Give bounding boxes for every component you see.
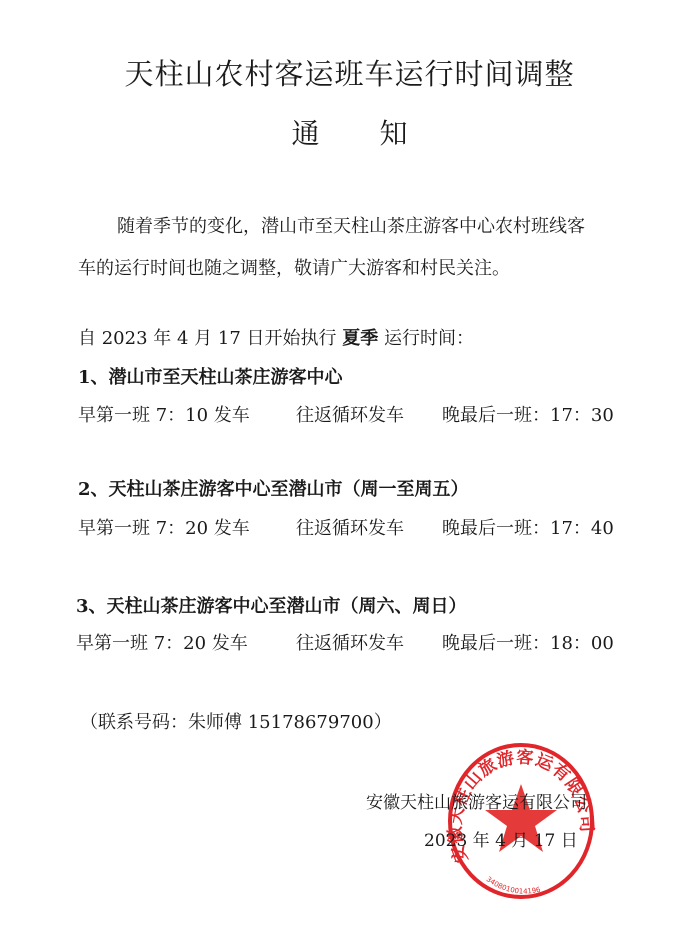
intro-line-1: 随着季节的变化，潜山市至天柱山茶庄游客中心农村班线客 <box>117 212 585 238</box>
route-3-last: 晚最后一班：18：00 <box>442 629 614 655</box>
issue-date: 2023 年 4 月 17 日 <box>424 826 578 851</box>
route-1-mode: 往返循环发车 <box>296 401 404 427</box>
company-seal-stamp: 安徽天柱山旅游客运有限公司 3408010014196 <box>446 742 596 900</box>
document-title: 天柱山农村客运班车运行时间调整 <box>0 52 699 93</box>
route-3-first: 早第一班 7：20 发车 <box>76 629 248 655</box>
effective-suffix: 运行时间： <box>384 328 474 349</box>
route-2-last: 晚最后一班：17：40 <box>442 514 614 540</box>
document-subtitle: 通知 <box>0 112 699 152</box>
subtitle-char-2: 知 <box>380 112 408 152</box>
contact-line: （联系号码：朱师傅 15178679700） <box>80 708 392 734</box>
route-3-heading: 3、天柱山茶庄游客中心至潜山市（周六、周日） <box>76 592 467 618</box>
intro-line-2: 车的运行时间也随之调整，敬请广大游客和村民关注。 <box>78 254 510 280</box>
route-1-heading: 1、潜山市至天柱山茶庄游客中心 <box>78 363 343 389</box>
route-1-first: 早第一班 7：10 发车 <box>78 401 250 427</box>
subtitle-char-1: 通 <box>291 112 319 152</box>
route-2-heading: 2、天柱山茶庄游客中心至潜山市（周一至周五） <box>78 475 469 501</box>
route-2-mode: 往返循环发车 <box>296 514 404 540</box>
route-3-mode: 往返循环发车 <box>296 629 404 655</box>
issuer-name: 安徽天柱山旅游客运有限公司 <box>366 788 587 813</box>
effective-prefix: 自 2023 年 4 月 17 日开始执行 <box>78 328 337 349</box>
route-1-last: 晚最后一班：17：30 <box>442 401 614 427</box>
effective-date-line: 自 2023 年 4 月 17 日开始执行 夏季 运行时间： <box>78 324 474 350</box>
season-label: 夏季 <box>342 328 378 349</box>
route-2-first: 早第一班 7：20 发车 <box>78 514 250 540</box>
